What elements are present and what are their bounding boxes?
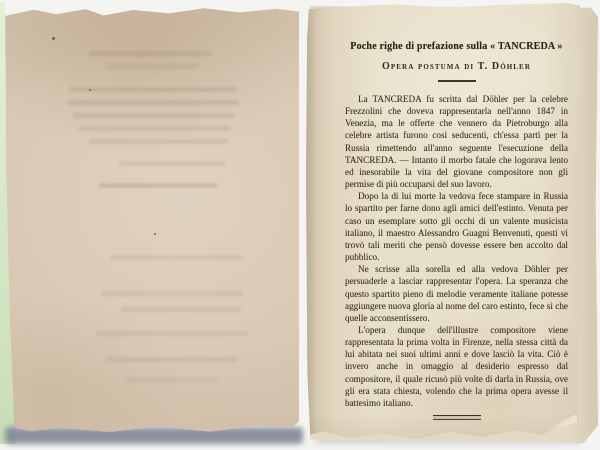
show-through-line [111,255,243,260]
show-through-line [121,307,241,312]
page-bottom-shadow-left [5,427,303,444]
show-through-line [73,113,235,118]
show-through-line [89,139,229,144]
show-through-line [106,357,238,362]
show-through-line [125,377,217,382]
scanned-book-spread: Poche righe di prefazione sulla « TANCRE… [0,0,600,450]
foxing-speck [154,233,156,235]
end-divider [433,415,481,420]
paragraph: Dopo la di lui morte la vedova fece stam… [345,190,568,263]
show-through-line [69,87,237,92]
show-through-line [106,64,198,69]
paragraph: Ne scrisse alla sorella ed alla vedova D… [345,263,568,324]
show-through-line [99,183,217,188]
show-through-line [101,291,243,296]
paragraph: La TANCREDA fu scritta dal Döhler per la… [345,93,568,190]
show-through-line [119,161,225,166]
body-text: La TANCREDA fu scritta dal Döhler per la… [345,93,568,409]
left-page-blank [3,7,299,432]
foxing-speck [52,37,55,40]
page-content: Poche righe di prefazione sulla « TANCRE… [345,41,568,420]
show-through-line [89,51,211,56]
page-title: Poche righe di prefazione sulla « TANCRE… [345,41,568,53]
show-through-line [79,126,231,131]
foxing-speck [89,89,91,91]
heading-divider [438,80,476,82]
show-through-line [67,100,239,105]
page-subtitle: Opera postuma di T. Döhler [345,61,568,72]
right-page-preface: Poche righe di prefazione sulla « TANCRE… [306,3,580,439]
paragraph: L'opera dunque dell'illustre compositore… [345,324,568,409]
show-through-line [96,331,248,336]
